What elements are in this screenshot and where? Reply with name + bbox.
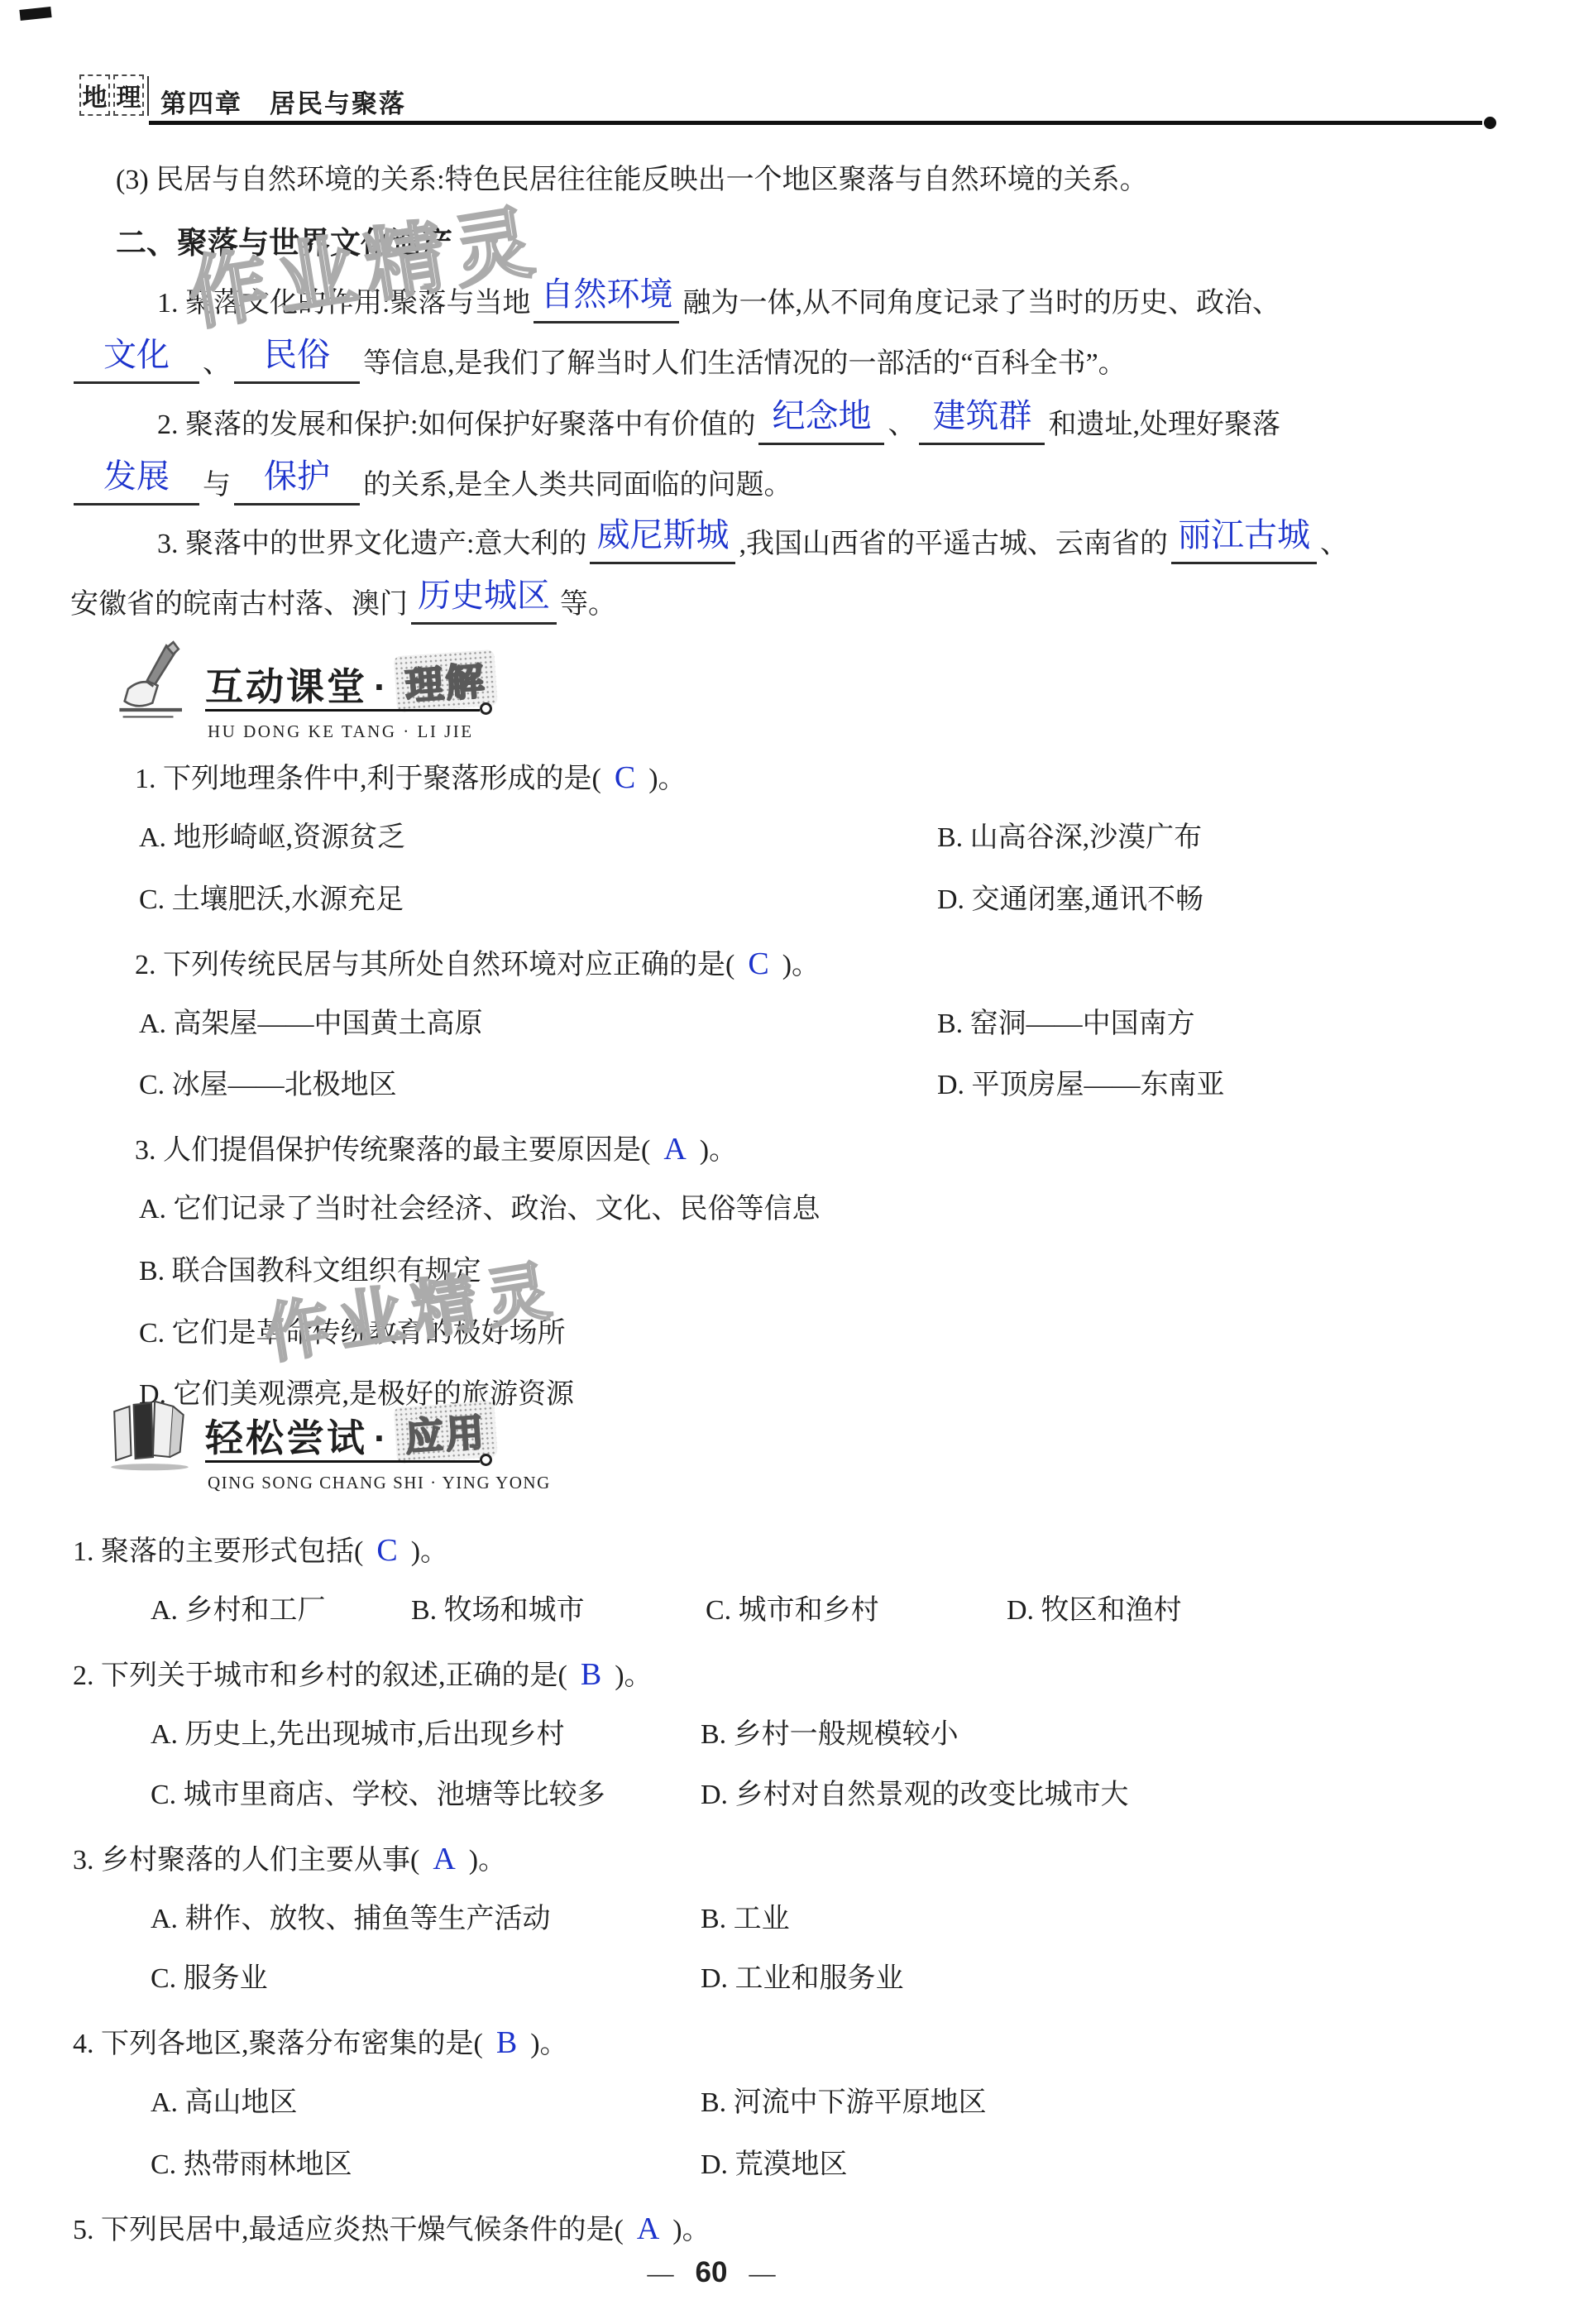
option-item: A. 高山地区 <box>151 2087 298 2120</box>
option-item: B. 窑洞——中国南方 <box>937 1008 1195 1042</box>
banner-title: 轻松尝试·应用 <box>205 1407 496 1464</box>
option-item: A. 它们记录了当时社会经济、政治、文化、民俗等信息 <box>139 1193 821 1227</box>
option-item: B. 山高谷深,沙漠广布 <box>937 822 1202 855</box>
footer-dash: — <box>749 2258 775 2288</box>
note-text: 、 <box>888 410 916 440</box>
note-text: 与 <box>203 470 231 501</box>
blank-answer: 纪念地 <box>772 396 871 436</box>
stem-text: 4. 下列各地区,聚落分布密集的是( <box>73 2029 483 2059</box>
note-text: 和遗址,处理好聚落 <box>1048 410 1280 440</box>
note-text: 等信息,是我们了解当时人们生活情况的一部活的“百科全书”。 <box>363 348 1127 379</box>
option-item: D. 乡村对自然景观的改变比城市大 <box>701 1779 1129 1813</box>
option-item: D. 工业和服务业 <box>701 1962 904 1996</box>
fill-blank: 建筑群 <box>919 403 1045 445</box>
option-item: C. 服务业 <box>151 1962 268 1996</box>
note-text: 3. 聚落中的世界文化遗产:意大利的 <box>157 529 586 559</box>
page-number: 60 <box>696 2256 728 2288</box>
stem-text: 2. 下列传统民居与其所处自然环境对应正确的是( <box>135 950 734 980</box>
note-text: 的关系,是全人类共同面临的问题。 <box>363 470 792 501</box>
fill-blank: 发展 <box>74 463 199 506</box>
answer-letter: C <box>734 946 782 981</box>
option-item: A. 耕作、放牧、捕鱼等生产活动 <box>151 1903 551 1937</box>
note-line-3: (3) 民居与自然环境的关系:特色民居往往能反映出一个地区聚落与自然环境的关系。 <box>116 164 1148 198</box>
answer-letter: C <box>363 1533 410 1568</box>
question-stem: 2. 下列传统民居与其所处自然环境对应正确的是(C)。 <box>135 946 820 984</box>
subject-char: 地 <box>83 77 108 113</box>
stem-close: )。 <box>411 1536 448 1567</box>
stem-close: )。 <box>469 1845 506 1876</box>
header-rule-dot <box>1484 117 1496 129</box>
banner-pinyin: HU DONG KE TANG · LI JIE <box>208 721 474 742</box>
note-text: 等。 <box>560 589 616 620</box>
answer-letter: B <box>483 2025 530 2060</box>
stem-text: 3. 人们提倡保护传统聚落的最主要原因是( <box>135 1135 650 1166</box>
answer-letter: A <box>650 1132 699 1167</box>
option-item: D. 交通闭塞,通讯不畅 <box>937 884 1203 918</box>
option-item: B. 联合国教科文组织有规定 <box>139 1255 481 1289</box>
question-stem: 3. 人们提倡保护传统聚落的最主要原因是(A)。 <box>135 1131 737 1169</box>
stem-text: 3. 乡村聚落的人们主要从事( <box>73 1845 419 1876</box>
answer-letter: C <box>601 760 648 795</box>
option-item: D. 牧区和渔村 <box>1007 1594 1182 1628</box>
banner-title: 互动课堂·理解 <box>205 656 496 712</box>
stem-text: 1. 下列地理条件中,利于聚落形成的是( <box>135 764 601 794</box>
fill-blank: 民俗 <box>234 342 360 384</box>
header-divider <box>147 76 149 116</box>
banner-title-text: 互动课堂 <box>205 665 367 708</box>
option-item: C. 城市里商店、学校、池塘等比较多 <box>151 1779 605 1813</box>
note-p2-line1: 2. 聚落的发展和保护:如何保护好聚落中有价值的纪念地、建筑群和遗址,处理好聚落 <box>157 403 1280 445</box>
option-item: A. 高架屋——中国黄土高原 <box>139 1008 483 1042</box>
question-stem: 1. 聚落的主要形式包括(C)。 <box>73 1532 448 1570</box>
option-item: C. 它们是革命传统教育的极好场所 <box>139 1317 566 1351</box>
fill-blank: 丽江古城 <box>1171 522 1317 564</box>
fill-blank: 历史城区 <box>411 582 557 625</box>
workbook-page: { "header": { "subject_char_1": "地", "su… <box>0 0 1579 2324</box>
fill-blank: 纪念地 <box>758 403 884 445</box>
fill-blank: 自然环境 <box>534 281 679 323</box>
option-item: C. 热带雨林地区 <box>151 2149 352 2183</box>
option-item: C. 冰屋——北极地区 <box>139 1069 397 1103</box>
blank-answer: 建筑群 <box>932 396 1031 436</box>
section-heading: 二、聚落与世界文化遗产 <box>116 225 452 261</box>
scan-corner-mark <box>19 7 51 21</box>
subject-badge-char-2: 理 <box>113 74 144 116</box>
banner-title-text: 轻松尝试 <box>205 1416 367 1459</box>
stem-text: 5. 下列民居中,最适应炎热干燥气候条件的是( <box>73 2215 624 2245</box>
blank-answer: 发展 <box>103 457 170 496</box>
note-p2-line2: 发展与保护的关系,是全人类共同面临的问题。 <box>70 463 792 506</box>
option-item: D. 平顶房屋——东南亚 <box>937 1069 1225 1103</box>
question-stem: 3. 乡村聚落的人们主要从事(A)。 <box>73 1841 506 1879</box>
question-stem: 5. 下列民居中,最适应炎热干燥气候条件的是(A)。 <box>73 2211 711 2249</box>
blank-answer: 威尼斯城 <box>596 515 729 555</box>
note-text: (3) 民居与自然环境的关系:特色民居往往能反映出一个地区聚落与自然环境的关系。 <box>116 165 1148 195</box>
option-item: B. 河流中下游平原地区 <box>701 2087 987 2120</box>
blank-answer: 丽江古城 <box>1178 515 1310 555</box>
note-p1-line2: 文化、民俗等信息,是我们了解当时人们生活情况的一部活的“百科全书”。 <box>70 342 1127 384</box>
stem-close: )。 <box>615 1660 652 1691</box>
note-text: 2. 聚落的发展和保护:如何保护好聚落中有价值的 <box>157 410 755 440</box>
blank-answer: 自然环境 <box>540 275 672 314</box>
banner-underline <box>205 1460 480 1463</box>
stem-close: )。 <box>672 2215 710 2245</box>
blank-answer: 保护 <box>264 457 330 496</box>
note-text: ,我国山西省的平遥古城、云南省的 <box>739 529 1168 559</box>
note-text: 1. 聚落文化的作用:聚落与当地 <box>157 288 530 319</box>
option-item: D. 荒漠地区 <box>701 2149 848 2183</box>
note-text: 、 <box>1320 529 1348 559</box>
stem-close: )。 <box>648 764 686 794</box>
note-p3-line2: 安徽省的皖南古村落、澳门历史城区等。 <box>70 582 616 625</box>
subject-char: 理 <box>117 77 141 113</box>
fill-blank: 文化 <box>74 342 199 384</box>
blank-answer: 历史城区 <box>418 576 550 616</box>
option-item: A. 历史上,先出现城市,后出现乡村 <box>151 1718 565 1752</box>
banner-underline <box>205 709 480 712</box>
question-stem: 2. 下列关于城市和乡村的叙述,正确的是(B)。 <box>73 1656 653 1694</box>
question-stem: 4. 下列各地区,聚落分布密集的是(B)。 <box>73 2025 568 2063</box>
fill-blank: 威尼斯城 <box>590 522 735 564</box>
footer-dash: — <box>648 2258 674 2288</box>
banner-dot: · <box>367 665 395 708</box>
note-text: 融为一体,从不同角度记录了当时的历史、政治、 <box>682 288 1280 319</box>
note-p3-line1: 3. 聚落中的世界文化遗产:意大利的威尼斯城,我国山西省的平遥古城、云南省的丽江… <box>157 522 1348 564</box>
option-item: C. 城市和乡村 <box>706 1594 879 1628</box>
question-stem: 1. 下列地理条件中,利于聚落形成的是(C)。 <box>135 759 687 798</box>
stem-text: 2. 下列关于城市和乡村的叙述,正确的是( <box>73 1660 567 1691</box>
option-item: B. 工业 <box>701 1903 790 1937</box>
answer-letter: A <box>419 1842 468 1876</box>
option-item: B. 牧场和城市 <box>411 1594 585 1628</box>
fill-blank: 保护 <box>234 463 360 506</box>
subject-badge-char-1: 地 <box>79 74 110 116</box>
banner-pinyin: QING SONG CHANG SHI · YING YONG <box>208 1473 551 1493</box>
chapter-title: 第四章 居民与聚落 <box>160 83 406 120</box>
stem-close: )。 <box>700 1135 737 1166</box>
option-item: A. 地形崎岖,资源贫乏 <box>139 822 405 855</box>
page-footer: —60— <box>562 2256 860 2289</box>
stem-close: )。 <box>530 2029 567 2059</box>
option-item: B. 乡村一般规模较小 <box>701 1718 959 1752</box>
banner-ring <box>480 1454 492 1466</box>
note-text: 安徽省的皖南古村落、澳门 <box>70 589 408 620</box>
banner-ring <box>480 702 492 715</box>
banner-dot: · <box>367 1416 395 1459</box>
answer-letter: A <box>624 2211 672 2246</box>
option-item: C. 土壤肥沃,水源充足 <box>139 884 404 918</box>
header-rule <box>149 121 1482 125</box>
blank-answer: 文化 <box>103 335 170 375</box>
option-item: A. 乡村和工厂 <box>151 1594 326 1628</box>
blank-answer: 民俗 <box>264 335 330 375</box>
books-icon <box>106 1392 199 1474</box>
stem-text: 1. 聚落的主要形式包括( <box>73 1536 363 1567</box>
note-p1-line1: 1. 聚落文化的作用:聚落与当地自然环境融为一体,从不同角度记录了当时的历史、政… <box>157 281 1280 323</box>
stem-close: )。 <box>782 950 820 980</box>
note-text: 、 <box>203 348 231 379</box>
answer-letter: B <box>567 1657 615 1692</box>
writing-hand-icon <box>112 640 199 727</box>
